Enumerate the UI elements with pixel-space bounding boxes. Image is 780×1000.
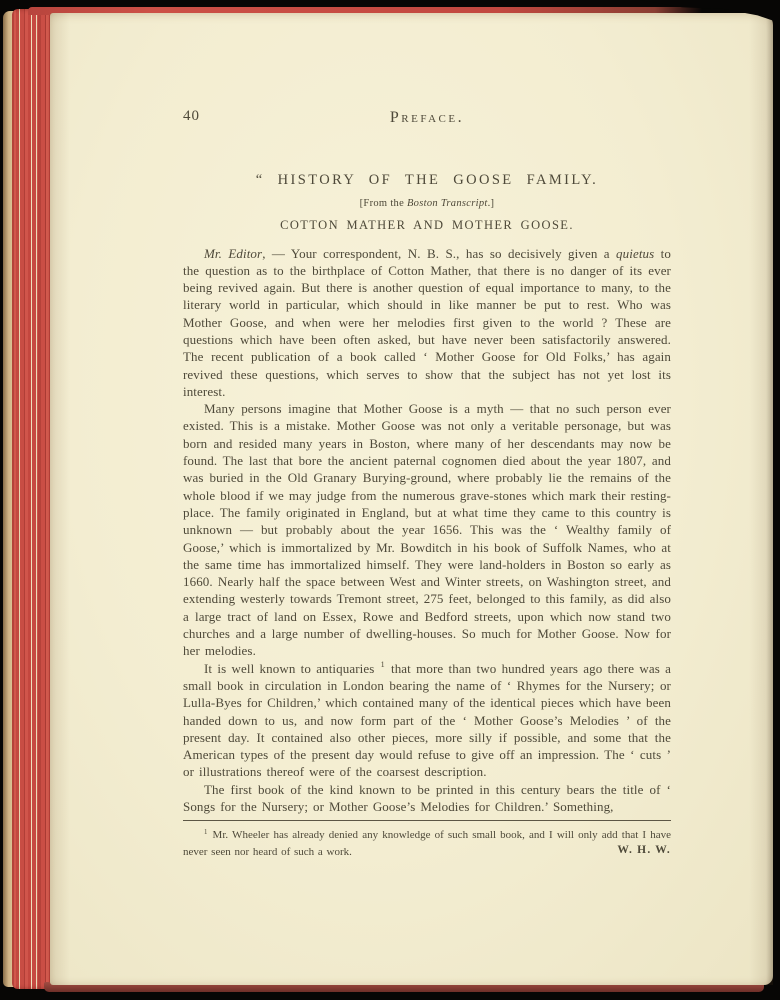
article-source: [From the Boston Transcript.] — [183, 199, 671, 210]
paragraph-4: The first book of the kind known to be p… — [183, 781, 671, 816]
paragraph-2: Many persons imagine that Mother Goose i… — [183, 400, 671, 659]
running-header: Preface. — [183, 109, 671, 127]
page-number: 40 — [183, 108, 200, 125]
article-title: “ HISTORY OF THE GOOSE FAMILY. — [183, 173, 671, 188]
paragraph-1: Mr. Editor, — Your correspondent, N. B. … — [183, 245, 671, 401]
paragraph-3: It is well known to antiquaries 1 that m… — [183, 660, 671, 781]
page-content: 40 Preface. “ HISTORY OF THE GOOSE FAMIL… — [183, 13, 671, 856]
article-body: Mr. Editor, — Your correspondent, N. B. … — [183, 245, 671, 816]
page-header: 40 Preface. — [183, 13, 671, 125]
footnote-rule — [183, 820, 671, 821]
page-fore-edges — [12, 9, 54, 989]
book-page: 40 Preface. “ HISTORY OF THE GOOSE FAMIL… — [50, 13, 773, 985]
book-photograph: 40 Preface. “ HISTORY OF THE GOOSE FAMIL… — [0, 0, 780, 1000]
section-heading: COTTON MATHER AND MOTHER GOOSE. — [183, 219, 671, 232]
